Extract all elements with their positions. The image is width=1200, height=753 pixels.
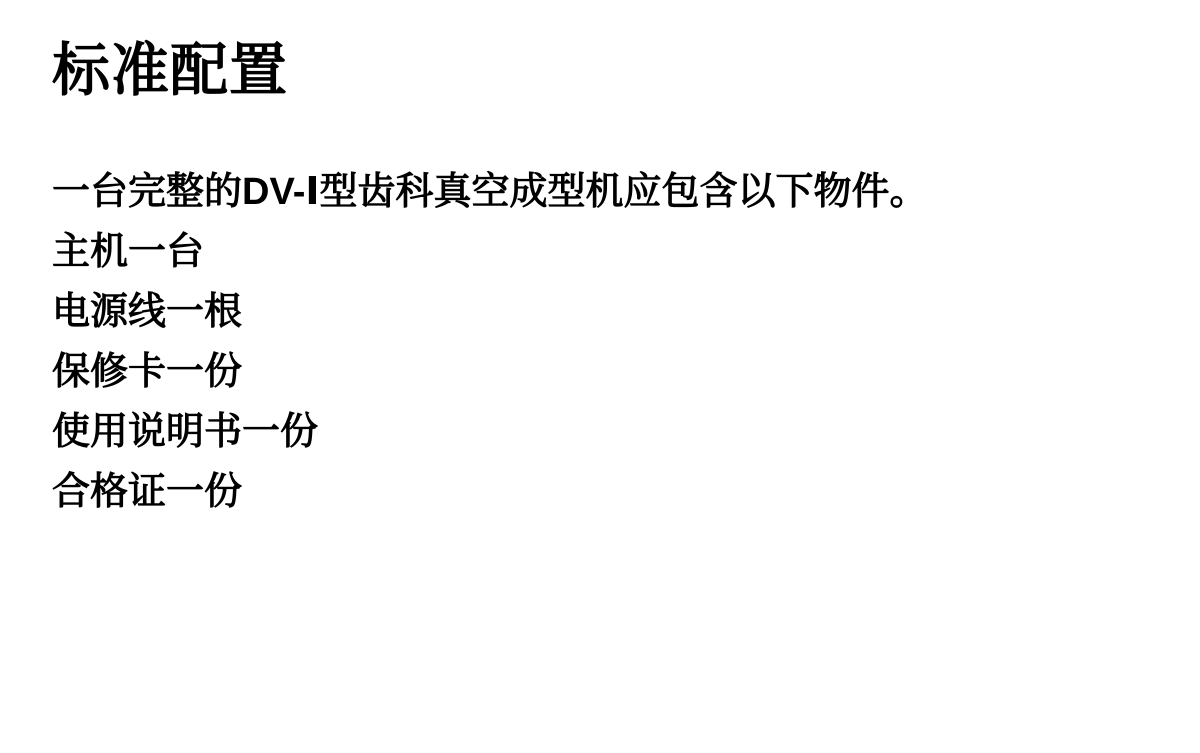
- document-body: 一台完整的DV-Ⅰ型齿科真空成型机应包含以下物件。 主机一台 电源线一根 保修卡…: [52, 162, 1160, 522]
- page-title: 标准配置: [52, 36, 1160, 106]
- list-item: 电源线一根: [52, 282, 1160, 342]
- list-item: 保修卡一份: [52, 342, 1160, 402]
- list-item: 合格证一份: [52, 462, 1160, 522]
- intro-sentence: 一台完整的DV-Ⅰ型齿科真空成型机应包含以下物件。: [52, 162, 1160, 222]
- list-item: 使用说明书一份: [52, 402, 1160, 462]
- document-page: 标准配置 一台完整的DV-Ⅰ型齿科真空成型机应包含以下物件。 主机一台 电源线一…: [0, 0, 1200, 753]
- list-item: 主机一台: [52, 222, 1160, 282]
